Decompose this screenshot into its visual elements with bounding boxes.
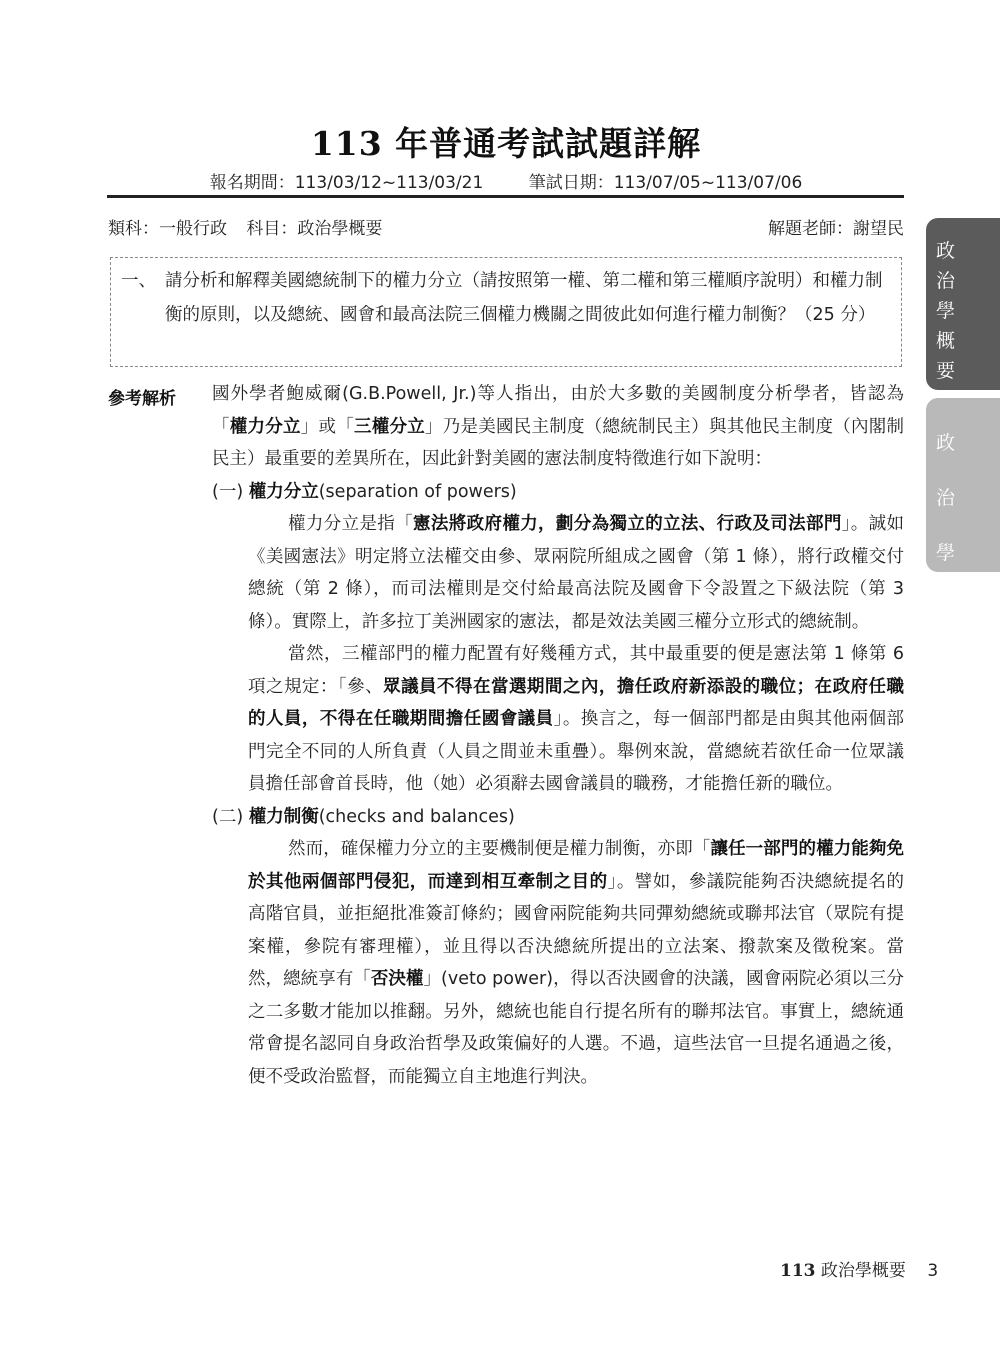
registration-period: 報名期間：113/03/12~113/03/21 [210,173,484,193]
page-footer: 113 政治學概要 3 [780,1256,938,1281]
footer-year: 113 [780,1261,816,1281]
tab-char: 政 [936,416,955,471]
page-number: 3 [927,1261,938,1281]
section1-paragraph2: 當然，三權部門的權力配置有好幾種方式，其中最重要的便是憲法第 1 條第 6 項之… [212,638,904,801]
header-rule [107,195,904,198]
subject: 科目：政治學概要 [246,219,382,239]
answer-body: 國外學者鮑威爾(G.B.Powell, Jr.)等人指出，由於大多數的美國制度分… [212,378,904,1093]
answer-label: 參考解析 [108,384,176,409]
side-tab-politics-intro[interactable]: 政 治 學 概 要 [926,218,1000,390]
exam-date: 筆試日期：113/07/05~113/07/06 [529,173,803,193]
section2-paragraph1: 然而，確保權力分立的主要機制便是權力制衡，亦即「讓任一部門的權力能夠免於其他兩個… [212,833,904,1093]
question-box: 一、 請分析和解釋美國總統制下的權力分立（請按照第一權、第二權和第三權順序說明）… [110,257,902,367]
footer-book: 政治學概要 [821,1261,906,1281]
question-number: 一、 [121,264,156,298]
meta-row: 類科：一般行政 科目：政治學概要 解題老師：謝望民 [108,214,904,239]
tab-char: 政 [936,236,955,266]
tab-char: 概 [936,326,955,356]
side-tab-politics[interactable]: 政 治 學 [926,398,1000,572]
section1-paragraph1: 權力分立是指「憲法將政府權力，劃分為獨立的立法、行政及司法部門」。誠如《美國憲法… [212,508,904,638]
exam-dates: 報名期間：113/03/12~113/03/21 筆試日期：113/07/05~… [0,168,1000,193]
tab-char: 學 [936,526,955,581]
section1-heading: (一) 權力分立(separation of powers) [212,476,904,509]
tab-char: 學 [936,296,955,326]
intro-paragraph: 國外學者鮑威爾(G.B.Powell, Jr.)等人指出，由於大多數的美國制度分… [212,378,904,476]
question-text: 請分析和解釋美國總統制下的權力分立（請按照第一權、第二權和第三權順序說明）和權力… [121,264,896,332]
tab-char: 治 [936,471,955,526]
page-title: 113 年普通考試試題詳解 [0,118,1000,165]
tab-char: 要 [936,356,955,386]
section2-heading: (二) 權力制衡(checks and balances) [212,801,904,834]
teacher: 解題老師：謝望民 [768,214,904,239]
tab-char: 治 [936,266,955,296]
category: 類科：一般行政 [108,219,227,239]
